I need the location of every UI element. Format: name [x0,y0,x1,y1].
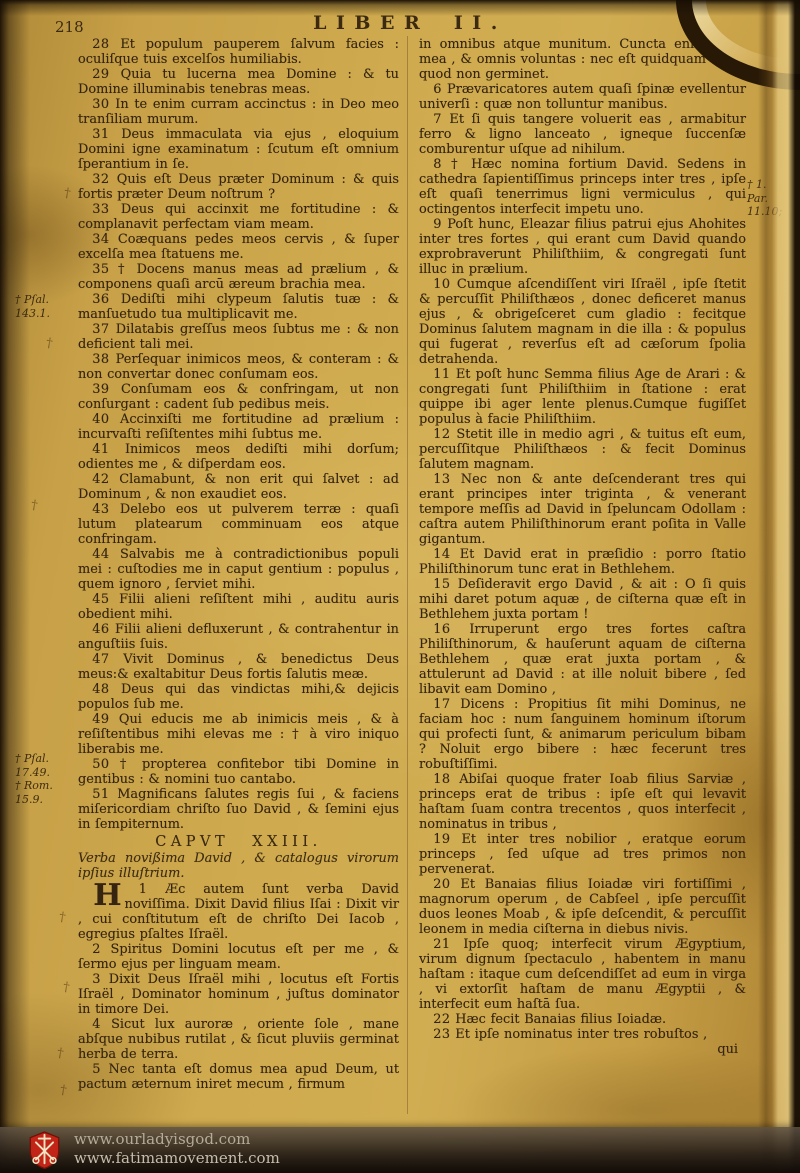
verse-number: 12 [433,427,450,442]
verse-paragraph: 4 Sicut lux auroræ , oriente ſole , mane… [78,1017,399,1062]
verse-number: 48 [92,682,109,697]
verse-paragraph: 45 Filii alieni reſiſtent mihi , auditu … [78,592,399,622]
verse-paragraph: 51 Magnificans ſalutes regis ſui , & fac… [78,787,399,832]
watermark-url-2: www.fatimamovement.com [74,1149,280,1168]
verse-paragraph: 10 Cumque aſcendiſſent viri Iſraël , ipſ… [419,277,746,367]
margin-note: † Pſal.17.49.† Rom.15.9. [15,752,77,806]
margin-note-line: 11.10; [747,205,799,219]
verse-paragraph: 14 Et David erat in præſidio : porro ſta… [419,547,746,577]
pen-mark: † [30,498,39,514]
verse-paragraph: 33 Deus qui accinxit me fortitudine : & … [78,202,399,232]
verse-number: 35 [92,262,109,277]
pen-mark: † [59,1083,68,1099]
verse-paragraph: 43 Delebo eos ut pulverem terræ : quaſi … [78,502,399,547]
verse-paragraph: 36 Dediſti mihi clypeum ſalutis tuæ : & … [78,292,399,322]
verse-paragraph: 16 Irruperunt ergo tres fortes caſtra Ph… [419,622,746,697]
verse-number: 20 [433,877,450,892]
margin-note-line: † Pſal. [15,752,77,766]
drop-cap: H [78,882,125,908]
verse-paragraph: 41 Inimicos meos dediſti mihi dorſum; od… [78,442,399,472]
verse-number: 49 [92,712,109,727]
margin-note-line: † Pſal. [15,293,77,307]
pen-mark: † [58,910,67,926]
verse-paragraph: 17 Dicens : Propitius ſit mihi Dominus, … [419,697,746,772]
verse-number: 34 [92,232,109,247]
verse-paragraph: 38 Perſequar inimicos meos, & conteram :… [78,352,399,382]
verse-number: 38 [92,352,109,367]
verse-number: 41 [92,442,109,457]
chapter-heading: CAPVT XXIII. [78,835,399,850]
watermark-footer: www.ourladyisgod.com www.fatimamovement.… [0,1127,800,1173]
verse-paragraph: 49 Qui educis me ab inimicis meis , & à … [78,712,399,757]
verse-paragraph: 46 Filii alieni defluxerunt , & contrahe… [78,622,399,652]
verse-number: 36 [92,292,109,307]
verse-number: 39 [92,382,109,397]
verse-number: 14 [433,547,450,562]
verse-number: 19 [433,832,450,847]
pen-mark: † [45,336,54,352]
column-left: 28 Et populum pauperem ſalvum facies : o… [78,37,399,1092]
verse-paragraph: 8 † Hæc nomina fortium David. Sedens in … [419,157,746,217]
verse-paragraph: 6 Prævaricatores autem quaſi ſpinæ evell… [419,82,746,112]
chapter-summary: Verba novißima David , & catalogus viror… [78,851,399,881]
margin-note-line: 15.9. [15,793,77,807]
verse-number: 10 [433,277,450,292]
verse-paragraph: 32 Quis eſt Deus præter Dominum : & quis… [78,172,399,202]
verse-number: 29 [92,67,109,82]
verse-number: 44 [92,547,109,562]
verse-paragraph: 3 Dixit Deus Iſraël mihi , locutus eſt F… [78,972,399,1017]
verse-number: 6 [433,82,442,97]
verse-number: 8 [433,157,442,172]
verse-number: 31 [92,127,109,142]
pen-mark: † [63,186,72,202]
watermark-url-1: www.ourladyisgod.com [74,1130,280,1149]
pen-mark: † [56,1046,65,1062]
verse-paragraph: 40 Accinxiſti me fortitudine ad prælium … [78,412,399,442]
margin-note: † Pſal.143.1. [15,293,77,320]
column-divider-rule [407,36,408,1114]
verse-number: 18 [433,772,450,787]
verse-number: 32 [92,172,109,187]
verse-number: 33 [92,202,109,217]
margin-note-line: † 1. [747,178,799,192]
margin-note: † 1.Par.11.10; [747,178,799,219]
verse-paragraph: 34 Coæquans pedes meos cervis , & ſuper … [78,232,399,262]
verse-number: 43 [92,502,109,517]
verse-paragraph: 30 In te enim curram accinctus : in Deo … [78,97,399,127]
verse-paragraph: 37 Dilatabis greſſus meos ſubtus me : & … [78,322,399,352]
verse-paragraph: 1 HÆc autem ſunt verba David noviſſima. … [78,882,399,942]
verse-number: 40 [92,412,109,427]
verse-paragraph: 44 Salvabis me à contradictionibus popul… [78,547,399,592]
shield-keys-logo-icon [28,1131,61,1169]
margin-note-line: † Rom. [15,779,77,793]
verse-paragraph: 31 Deus immaculata via ejus , eloquium D… [78,127,399,172]
verse-number: 42 [92,472,109,487]
verse-paragraph: 15 Deſideravit ergo David , & ait : O ſi… [419,577,746,622]
verse-paragraph: 23 Et ipſe nominatus inter tres robuſtos… [419,1027,746,1042]
margin-note-line: 143.1. [15,307,77,321]
verse-number: 46 [92,622,109,637]
verse-number: 3 [92,972,101,987]
verse-paragraph: 2 Spiritus Domini locutus eſt per me , &… [78,942,399,972]
watermark-urls: www.ourladyisgod.com www.fatimamovement.… [74,1130,280,1168]
column-right: in omnibus atque munitum. Cuncta enim ſa… [419,37,746,1057]
verse-number: 21 [433,937,450,952]
verse-number: 28 [92,37,109,52]
verse-number: 47 [92,652,109,667]
verse-number: 50 [92,757,109,772]
pen-mark: † [62,980,71,996]
verse-paragraph: 5 Nec tanta eſt domus mea apud Deum, ut … [78,1062,399,1092]
page-number: 218 [55,18,84,36]
verse-number: 13 [433,472,450,487]
verse-number: 16 [433,622,450,637]
verse-paragraph: 35 † Docens manus meas ad prælium , & co… [78,262,399,292]
margin-note-line: Par. [747,192,799,206]
book-title: LIBER II. [220,12,600,34]
verse-number: 7 [433,112,442,127]
verse-paragraph: 48 Deus qui das vindictas mihi,& dejicis… [78,682,399,712]
verse-paragraph: 11 Et poſt hunc Semma filius Age de Arar… [419,367,746,427]
margin-note-line: 17.49. [15,766,77,780]
verse-paragraph: 7 Et ſi quis tangere voluerit eas , arma… [419,112,746,157]
verse-number: 17 [433,697,450,712]
verse-paragraph: 9 Poſt hunc, Eleazar filius patrui ejus … [419,217,746,277]
verse-paragraph: 22 Hæc fecit Banaias filius Ioiadæ. [419,1012,746,1027]
verse-number: 5 [92,1062,101,1077]
verse-paragraph: 28 Et populum pauperem ſalvum facies : o… [78,37,399,67]
verse-number: 15 [433,577,450,592]
verse-paragraph: 39 Conſumam eos & confringam, ut non con… [78,382,399,412]
verse-number: 23 [433,1027,450,1042]
verse-paragraph: 12 Stetit ille in medio agri , & tuitus … [419,427,746,472]
catchword: qui [419,1042,746,1057]
verse-paragraph: 13 Nec non & ante deſcenderant tres qui … [419,472,746,547]
verse-number: 9 [433,217,442,232]
verse-number: 30 [92,97,109,112]
verse-number: 51 [92,787,109,802]
verse-paragraph: 29 Quia tu lucerna mea Domine : & tu Dom… [78,67,399,97]
verse-number: 4 [92,1017,101,1032]
verse-paragraph: 42 Clamabunt, & non erit qui ſalvet : ad… [78,472,399,502]
verse-paragraph: 21 Ipſe quoq; interfecit virum Ægyptium,… [419,937,746,1012]
verse-number: 2 [92,942,101,957]
verse-paragraph: 47 Vivit Dominus , & benedictus Deus meu… [78,652,399,682]
verse-number: 11 [433,367,450,382]
verse-paragraph: 18 Abiſai quoque frater Ioab filius Sarv… [419,772,746,832]
verse-paragraph: 50 † propterea confitebor tibi Domine in… [78,757,399,787]
book-scan-photo: { "page": { "number": "218", "book_title… [0,0,800,1173]
verse-paragraph: 20 Et Banaias filius Ioiadæ viri fortiſſ… [419,877,746,937]
verse-number: 22 [433,1012,450,1027]
verse-number: 45 [92,592,109,607]
verse-number: 1 [139,882,148,897]
verse-paragraph: 19 Et inter tres nobilior , eratque eoru… [419,832,746,877]
verse-number: 37 [92,322,109,337]
